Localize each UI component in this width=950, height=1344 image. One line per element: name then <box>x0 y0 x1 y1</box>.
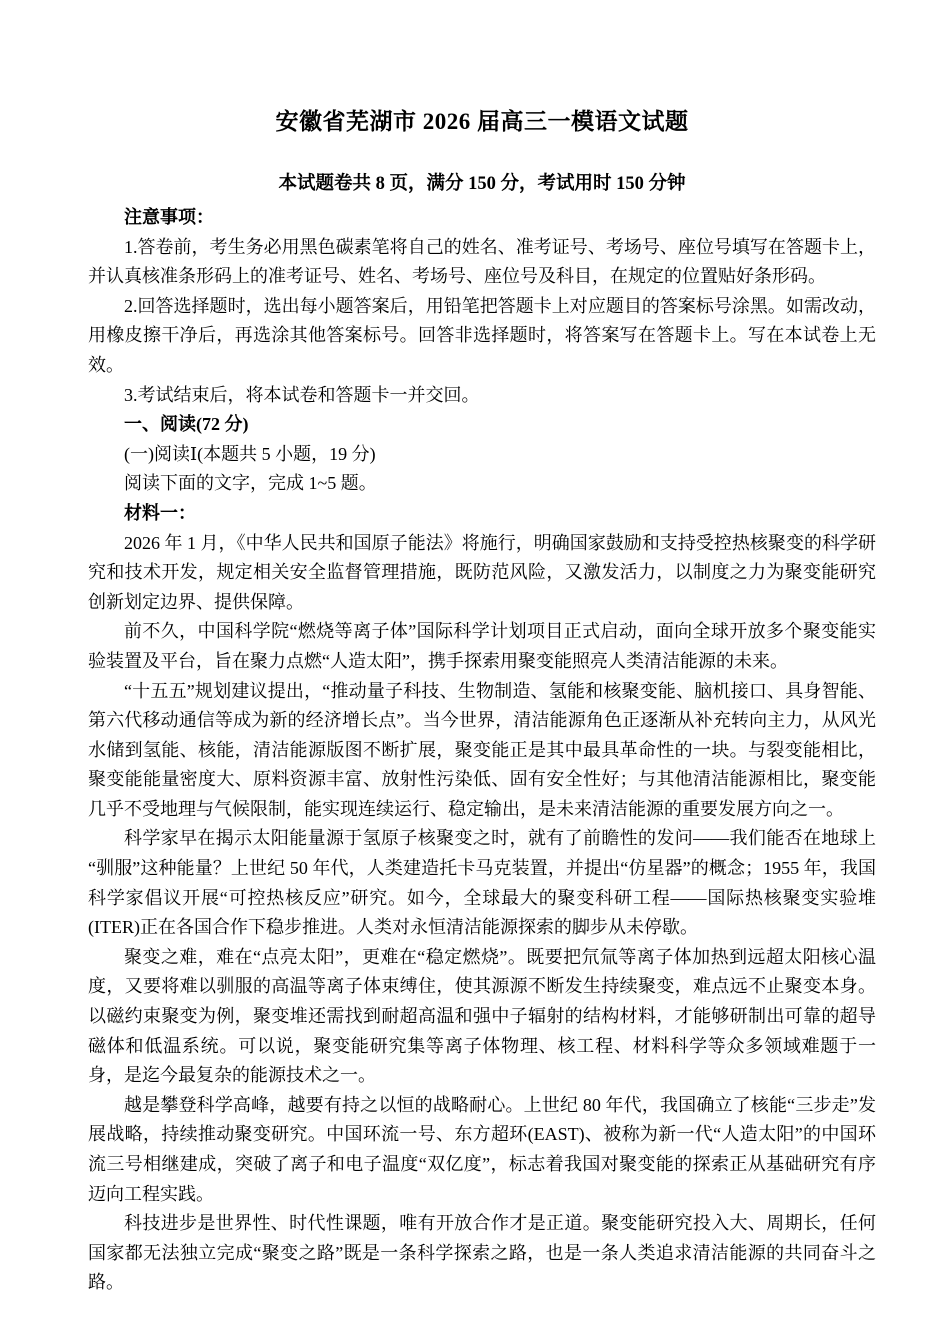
material-paragraph-3: “十五五”规划建议提出，“推动量子科技、生物制造、氢能和核聚变能、脑机接口、具身… <box>88 677 876 825</box>
notice-item-1: 1.答卷前，考生务必用黑色碳素笔将自己的姓名、准考证号、考场号、座位号填写在答题… <box>88 233 876 292</box>
exam-paper-page: 安徽省芜湖市 2026 届高三一模语文试题 本试题卷共 8 页，满分 150 分… <box>0 0 950 1344</box>
material-paragraph-2: 前不久，中国科学院“燃烧等离子体”国际科学计划项目正式启动，面向全球开放多个聚变… <box>88 617 876 676</box>
page-title: 安徽省芜湖市 2026 届高三一模语文试题 <box>88 106 876 138</box>
notice-heading: 注意事项： <box>88 203 876 233</box>
material-paragraph-6: 越是攀登科学高峰，越要有持之以恒的战略耐心。上世纪 80 年代，我国确立了核能“… <box>88 1091 876 1209</box>
notice-item-2: 2.回答选择题时，选出每小题答案后，用铅笔把答题卡上对应题目的答案标号涂黑。如需… <box>88 292 876 381</box>
section-one-heading: 一、阅读(72 分) <box>88 410 876 440</box>
material-paragraph-1: 2026 年 1 月，《中华人民共和国原子能法》将施行，明确国家鼓励和支持受控热… <box>88 529 876 618</box>
notice-item-3: 3.考试结束后，将本试卷和答题卡一并交回。 <box>88 381 876 411</box>
material-one-label: 材料一： <box>88 499 876 529</box>
subsection-reading-one-heading: (一)阅读Ⅰ(本题共 5 小题，19 分) <box>88 440 876 470</box>
material-paragraph-5: 聚变之难，难在“点亮太阳”，更难在“稳定燃烧”。既要把氘氚等离子体加热到远超太阳… <box>88 943 876 1091</box>
exam-info-subtitle: 本试题卷共 8 页，满分 150 分，考试用时 150 分钟 <box>88 172 876 196</box>
material-paragraph-4: 科学家早在揭示太阳能量源于氢原子核聚变之时，就有了前瞻性的发问——我们能否在地球… <box>88 824 876 942</box>
exam-body: 注意事项： 1.答卷前，考生务必用黑色碳素笔将自己的姓名、准考证号、考场号、座位… <box>88 203 876 1298</box>
reading-instruction: 阅读下面的文字，完成 1~5 题。 <box>88 469 876 499</box>
material-paragraph-7: 科技进步是世界性、时代性课题，唯有开放合作才是正道。聚变能研究投入大、周期长，任… <box>88 1209 876 1298</box>
